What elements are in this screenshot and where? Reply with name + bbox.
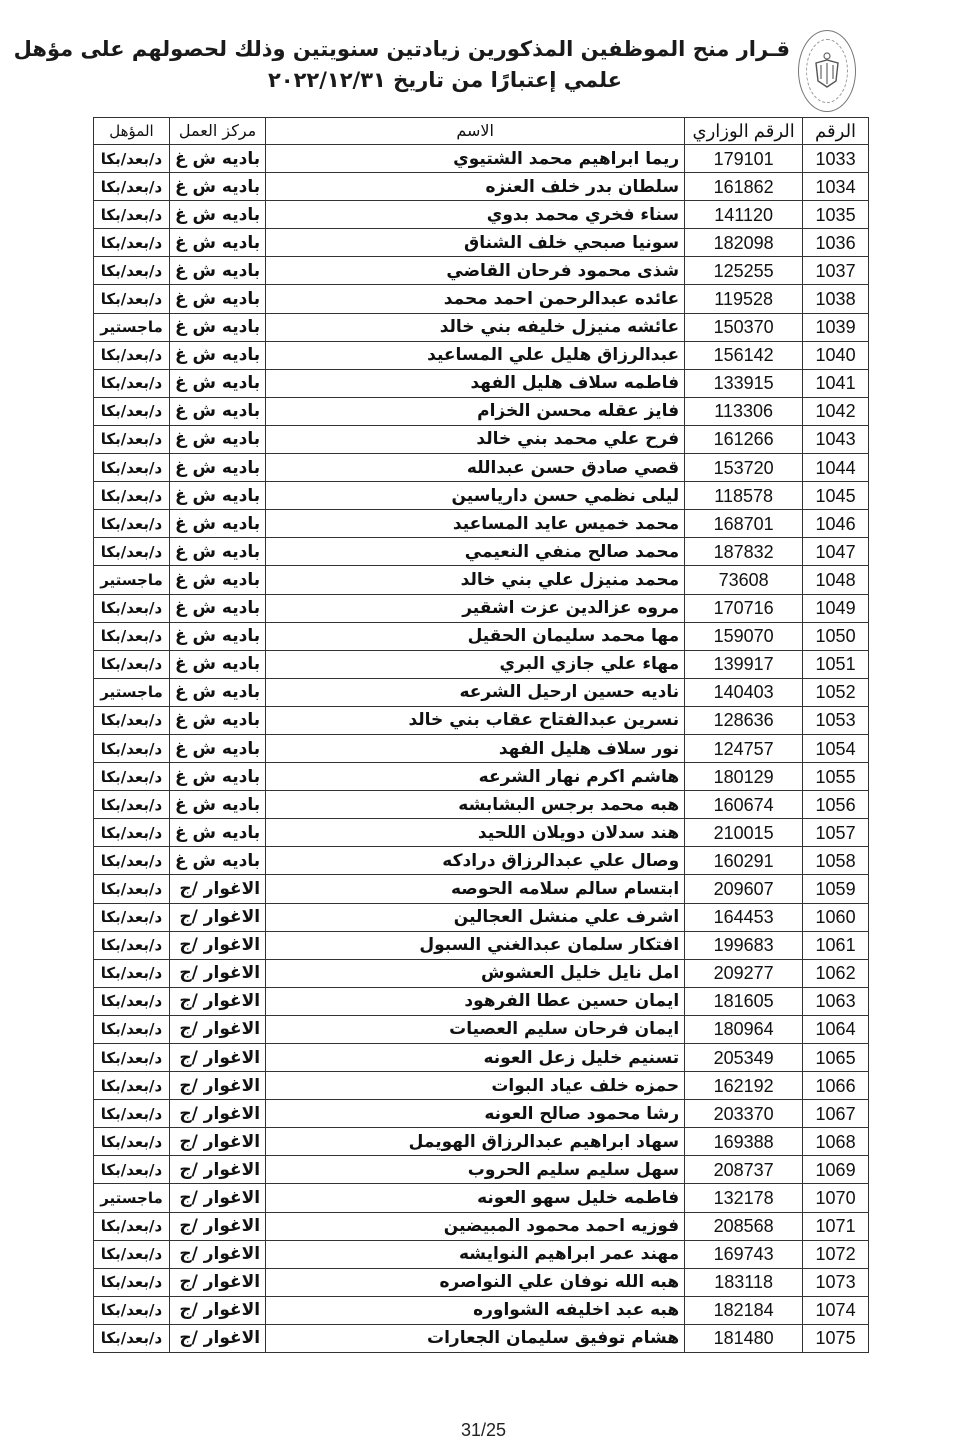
cell-name: عائشه منيزل خليفه بني خالد xyxy=(266,313,685,341)
cell-name: ايمان فرحان سليم العصيات xyxy=(266,1015,685,1043)
cell-name: سهل سليم سليم الحروب xyxy=(266,1156,685,1184)
cell-ministry-id: 169743 xyxy=(685,1240,803,1268)
cell-number: 1071 xyxy=(803,1212,869,1240)
table-row: 1070132178فاطمه خليل سهو العونهالاغوار /… xyxy=(94,1184,869,1212)
cell-qualification: د/بعد/بكا xyxy=(94,734,170,762)
cell-qualification: د/بعد/بكا xyxy=(94,397,170,425)
cell-ministry-id: 169388 xyxy=(685,1128,803,1156)
cell-qualification: د/بعد/بكا xyxy=(94,538,170,566)
cell-number: 1054 xyxy=(803,734,869,762)
cell-number: 1042 xyxy=(803,397,869,425)
cell-number: 1067 xyxy=(803,1100,869,1128)
cell-qualification: د/بعد/بكا xyxy=(94,482,170,510)
cell-ministry-id: 153720 xyxy=(685,454,803,482)
cell-number: 1043 xyxy=(803,425,869,453)
cell-name: ناديه حسين ارحيل الشرعه xyxy=(266,678,685,706)
cell-ministry-id: 156142 xyxy=(685,341,803,369)
cell-name: محمد منيزل علي بني خالد xyxy=(266,566,685,594)
cell-qualification: د/بعد/بكا xyxy=(94,1324,170,1352)
column-header-qualification: المؤهل xyxy=(94,118,170,145)
cell-number: 1041 xyxy=(803,369,869,397)
cell-work-center: باديه ش غ xyxy=(170,594,266,622)
table-row: 1068169388سهاد ابراهيم عبدالرزاق الهويمل… xyxy=(94,1128,869,1156)
cell-work-center: الاغوار /ج xyxy=(170,1044,266,1072)
cell-work-center: باديه ش غ xyxy=(170,482,266,510)
column-header-name: الاسم xyxy=(266,118,685,145)
cell-number: 1058 xyxy=(803,847,869,875)
cell-qualification: د/بعد/بكا xyxy=(94,1015,170,1043)
cell-ministry-id: 209277 xyxy=(685,959,803,987)
cell-work-center: باديه ش غ xyxy=(170,341,266,369)
cell-name: هبه محمد برجس البشابشه xyxy=(266,791,685,819)
cell-ministry-id: 203370 xyxy=(685,1100,803,1128)
table-row: 1058160291وصال علي عبدالرزاق درادكهباديه… xyxy=(94,847,869,875)
cell-number: 1060 xyxy=(803,903,869,931)
cell-number: 1059 xyxy=(803,875,869,903)
cell-ministry-id: 161862 xyxy=(685,173,803,201)
table-row: 1043161266فرح علي محمد بني خالدباديه ش غ… xyxy=(94,425,869,453)
cell-name: مهاء علي جازي البري xyxy=(266,650,685,678)
cell-number: 1052 xyxy=(803,678,869,706)
cell-name: فايز عقله محسن الخزام xyxy=(266,397,685,425)
cell-number: 1040 xyxy=(803,341,869,369)
cell-qualification: د/بعد/بكا xyxy=(94,1212,170,1240)
cell-qualification: د/بعد/بكا xyxy=(94,706,170,734)
table-row: 1042113306فايز عقله محسن الخزامباديه ش غ… xyxy=(94,397,869,425)
cell-qualification: د/بعد/بكا xyxy=(94,341,170,369)
table-row: 1045118578ليلى نظمي حسن دارياسينباديه ش … xyxy=(94,482,869,510)
column-header-work-center: مركز العمل xyxy=(170,118,266,145)
table-row: 1035141120سناء فخري محمد بدويباديه ش غد/… xyxy=(94,201,869,229)
cell-number: 1036 xyxy=(803,229,869,257)
cell-work-center: باديه ش غ xyxy=(170,622,266,650)
cell-ministry-id: 180964 xyxy=(685,1015,803,1043)
cell-number: 1049 xyxy=(803,594,869,622)
table-row: 1056160674هبه محمد برجس البشابشهباديه ش … xyxy=(94,791,869,819)
cell-ministry-id: 208737 xyxy=(685,1156,803,1184)
cell-ministry-id: 150370 xyxy=(685,313,803,341)
cell-name: ابتسام سالم سلامه الحوصه xyxy=(266,875,685,903)
cell-name: سونيا صبحي خلف الشناق xyxy=(266,229,685,257)
cell-number: 1053 xyxy=(803,706,869,734)
cell-qualification: د/بعد/بكا xyxy=(94,791,170,819)
cell-work-center: باديه ش غ xyxy=(170,706,266,734)
cell-qualification: د/بعد/بكا xyxy=(94,173,170,201)
cell-qualification: د/بعد/بكا xyxy=(94,931,170,959)
cell-number: 1069 xyxy=(803,1156,869,1184)
table-row: 1057210015هند سدلان دويلان اللحيدباديه ش… xyxy=(94,819,869,847)
cell-number: 1070 xyxy=(803,1184,869,1212)
table-row: 1075181480هشام توفيق سليمان الجعاراتالاغ… xyxy=(94,1324,869,1352)
cell-ministry-id: 168701 xyxy=(685,510,803,538)
cell-number: 1065 xyxy=(803,1044,869,1072)
cell-work-center: الاغوار /ج xyxy=(170,931,266,959)
table-row: 1041133915فاطمه سلاف هليل الفهدباديه ش غ… xyxy=(94,369,869,397)
title-line-2: علمي إعتبارًا من تاريخ ٢٠٢٢/١٢/٣١ xyxy=(100,65,790,96)
cell-number: 1048 xyxy=(803,566,869,594)
cell-work-center: باديه ش غ xyxy=(170,257,266,285)
cell-name: سلطان بدر خلف العنزه xyxy=(266,173,685,201)
cell-number: 1039 xyxy=(803,313,869,341)
table-row: 1064180964ايمان فرحان سليم العصياتالاغوا… xyxy=(94,1015,869,1043)
cell-number: 1062 xyxy=(803,959,869,987)
cell-number: 1050 xyxy=(803,622,869,650)
cell-qualification: د/بعد/بكا xyxy=(94,510,170,538)
cell-number: 1033 xyxy=(803,145,869,173)
cell-name: محمد خميس عايد المساعيد xyxy=(266,510,685,538)
cell-number: 1038 xyxy=(803,285,869,313)
cell-number: 1034 xyxy=(803,173,869,201)
table-row: 1062209277امل نايل خليل العشوشالاغوار /ج… xyxy=(94,959,869,987)
cell-ministry-id: 181480 xyxy=(685,1324,803,1352)
cell-number: 1044 xyxy=(803,454,869,482)
table-row: 1036182098سونيا صبحي خلف الشناقباديه ش غ… xyxy=(94,229,869,257)
cell-qualification: د/بعد/بكا xyxy=(94,622,170,650)
cell-name: هبه الله نوفان علي النواصره xyxy=(266,1268,685,1296)
cell-work-center: الاغوار /ج xyxy=(170,1296,266,1324)
cell-qualification: د/بعد/بكا xyxy=(94,454,170,482)
cell-qualification: د/بعد/بكا xyxy=(94,987,170,1015)
cell-ministry-id: 113306 xyxy=(685,397,803,425)
table-row: 1069208737سهل سليم سليم الحروبالاغوار /ج… xyxy=(94,1156,869,1184)
cell-work-center: الاغوار /ج xyxy=(170,1100,266,1128)
table-row: 1038119528عائده عبدالرحمن احمد محمدباديه… xyxy=(94,285,869,313)
cell-name: هبه عبد اخليفه الشواوره xyxy=(266,1296,685,1324)
cell-ministry-id: 209607 xyxy=(685,875,803,903)
cell-ministry-id: 205349 xyxy=(685,1044,803,1072)
table-header-row: الرقم الرقم الوزاري الاسم مركز العمل الم… xyxy=(94,118,869,145)
table-row: 1063181605ايمان حسين عطا الفرهودالاغوار … xyxy=(94,987,869,1015)
cell-ministry-id: 118578 xyxy=(685,482,803,510)
cell-name: وصال علي عبدالرزاق درادكه xyxy=(266,847,685,875)
cell-work-center: باديه ش غ xyxy=(170,285,266,313)
table-row: 1055180129هاشم اكرم نهار الشرعهباديه ش غ… xyxy=(94,763,869,791)
table-row: 1052140403ناديه حسين ارحيل الشرعهباديه ش… xyxy=(94,678,869,706)
cell-qualification: د/بعد/بكا xyxy=(94,1296,170,1324)
cell-ministry-id: 139917 xyxy=(685,650,803,678)
cell-qualification: د/بعد/بكا xyxy=(94,959,170,987)
cell-name: نسرين عبدالفتاح عقاب بني خالد xyxy=(266,706,685,734)
cell-qualification: د/بعد/بكا xyxy=(94,1044,170,1072)
cell-name: مهند عمر ابراهيم النوايشه xyxy=(266,1240,685,1268)
table-row: 1047187832محمد صالح منفي النعيميباديه ش … xyxy=(94,538,869,566)
cell-work-center: الاغوار /ج xyxy=(170,1268,266,1296)
table-row: 1072169743مهند عمر ابراهيم النوايشهالاغو… xyxy=(94,1240,869,1268)
cell-number: 1047 xyxy=(803,538,869,566)
table-row: 1060164453اشرف علي منشل العجالينالاغوار … xyxy=(94,903,869,931)
cell-work-center: باديه ش غ xyxy=(170,145,266,173)
table-row: 1037125255شذى محمود فرحان القاضيباديه ش … xyxy=(94,257,869,285)
cell-ministry-id: 125255 xyxy=(685,257,803,285)
table-row: 1046168701محمد خميس عايد المساعيدباديه ش… xyxy=(94,510,869,538)
cell-number: 1051 xyxy=(803,650,869,678)
cell-work-center: باديه ش غ xyxy=(170,566,266,594)
table-row: 1040156142عبدالرزاق هليل علي المساعيدباد… xyxy=(94,341,869,369)
cell-number: 1075 xyxy=(803,1324,869,1352)
cell-ministry-id: 183118 xyxy=(685,1268,803,1296)
cell-name: هاشم اكرم نهار الشرعه xyxy=(266,763,685,791)
cell-name: فاطمه خليل سهو العونه xyxy=(266,1184,685,1212)
cell-qualification: د/بعد/بكا xyxy=(94,1128,170,1156)
cell-work-center: باديه ش غ xyxy=(170,510,266,538)
cell-name: مروه عزالدين عزت اشقير xyxy=(266,594,685,622)
employees-table: الرقم الرقم الوزاري الاسم مركز العمل الم… xyxy=(93,117,869,1353)
cell-work-center: باديه ش غ xyxy=(170,819,266,847)
cell-work-center: الاغوار /ج xyxy=(170,1156,266,1184)
cell-number: 1057 xyxy=(803,819,869,847)
cell-qualification: د/بعد/بكا xyxy=(94,425,170,453)
cell-work-center: الاغوار /ج xyxy=(170,1240,266,1268)
cell-work-center: الاغوار /ج xyxy=(170,903,266,931)
cell-name: افتكار سلمان عبدالغني السبول xyxy=(266,931,685,959)
table-row: 1054124757نور سلاف هليل الفهدباديه ش غد/… xyxy=(94,734,869,762)
cell-work-center: الاغوار /ج xyxy=(170,1128,266,1156)
cell-name: ليلى نظمي حسن دارياسين xyxy=(266,482,685,510)
cell-qualification: د/بعد/بكا xyxy=(94,145,170,173)
cell-ministry-id: 133915 xyxy=(685,369,803,397)
table-row: 1050159070مها محمد سليمان الحقيلباديه ش … xyxy=(94,622,869,650)
table-row: 1065205349تسنيم خليل زعل العونهالاغوار /… xyxy=(94,1044,869,1072)
cell-name: سهاد ابراهيم عبدالرزاق الهويمل xyxy=(266,1128,685,1156)
cell-ministry-id: 73608 xyxy=(685,566,803,594)
cell-number: 1055 xyxy=(803,763,869,791)
cell-name: عائده عبدالرحمن احمد محمد xyxy=(266,285,685,313)
cell-number: 1073 xyxy=(803,1268,869,1296)
cell-ministry-id: 160291 xyxy=(685,847,803,875)
cell-work-center: الاغوار /ج xyxy=(170,959,266,987)
cell-ministry-id: 141120 xyxy=(685,201,803,229)
cell-name: فاطمه سلاف هليل الفهد xyxy=(266,369,685,397)
cell-ministry-id: 208568 xyxy=(685,1212,803,1240)
cell-work-center: باديه ش غ xyxy=(170,229,266,257)
cell-name: مها محمد سليمان الحقيل xyxy=(266,622,685,650)
cell-name: محمد صالح منفي النعيمي xyxy=(266,538,685,566)
cell-qualification: د/بعد/بكا xyxy=(94,201,170,229)
cell-qualification: د/بعد/بكا xyxy=(94,257,170,285)
cell-ministry-id: 159070 xyxy=(685,622,803,650)
title-line-1: قـرار منح الموظفين المذكورين زيادتين سنو… xyxy=(100,34,790,65)
column-header-number: الرقم xyxy=(803,118,869,145)
cell-ministry-id: 140403 xyxy=(685,678,803,706)
table-row: 104873608محمد منيزل علي بني خالدباديه ش … xyxy=(94,566,869,594)
cell-work-center: باديه ش غ xyxy=(170,201,266,229)
cell-number: 1074 xyxy=(803,1296,869,1324)
cell-number: 1063 xyxy=(803,987,869,1015)
cell-name: ريما ابراهيم محمد الشتيوي xyxy=(266,145,685,173)
table-row: 1039150370عائشه منيزل خليفه بني خالدبادي… xyxy=(94,313,869,341)
cell-qualification: د/بعد/بكا xyxy=(94,594,170,622)
table-row: 1049170716مروه عزالدين عزت اشقيرباديه ش … xyxy=(94,594,869,622)
cell-ministry-id: 181605 xyxy=(685,987,803,1015)
table-body: 1033179101ريما ابراهيم محمد الشتيويباديه… xyxy=(94,145,869,1353)
cell-qualification: د/بعد/بكا xyxy=(94,1072,170,1100)
page-number: 31/25 xyxy=(0,1420,967,1441)
table-row: 1074182184هبه عبد اخليفه الشواورهالاغوار… xyxy=(94,1296,869,1324)
cell-number: 1056 xyxy=(803,791,869,819)
cell-number: 1068 xyxy=(803,1128,869,1156)
cell-ministry-id: 124757 xyxy=(685,734,803,762)
crown-eagle-icon xyxy=(812,51,842,91)
cell-ministry-id: 199683 xyxy=(685,931,803,959)
cell-name: امل نايل خليل العشوش xyxy=(266,959,685,987)
cell-qualification: د/بعد/بكا xyxy=(94,903,170,931)
cell-work-center: باديه ش غ xyxy=(170,454,266,482)
cell-number: 1064 xyxy=(803,1015,869,1043)
cell-work-center: باديه ش غ xyxy=(170,538,266,566)
cell-qualification: ماجستير xyxy=(94,313,170,341)
cell-name: قصي صادق حسن عبدالله xyxy=(266,454,685,482)
cell-ministry-id: 119528 xyxy=(685,285,803,313)
cell-work-center: باديه ش غ xyxy=(170,650,266,678)
cell-work-center: الاغوار /ج xyxy=(170,1324,266,1352)
cell-name: عبدالرزاق هليل علي المساعيد xyxy=(266,341,685,369)
table-row: 1044153720قصي صادق حسن عبداللهباديه ش غد… xyxy=(94,454,869,482)
cell-work-center: باديه ش غ xyxy=(170,313,266,341)
cell-work-center: باديه ش غ xyxy=(170,397,266,425)
cell-work-center: الاغوار /ج xyxy=(170,1212,266,1240)
cell-name: تسنيم خليل زعل العونه xyxy=(266,1044,685,1072)
cell-number: 1066 xyxy=(803,1072,869,1100)
cell-number: 1037 xyxy=(803,257,869,285)
cell-qualification: د/بعد/بكا xyxy=(94,229,170,257)
cell-name: ايمان حسين عطا الفرهود xyxy=(266,987,685,1015)
table-row: 1066162192حمزه خلف عياد البواتالاغوار /ج… xyxy=(94,1072,869,1100)
cell-number: 1072 xyxy=(803,1240,869,1268)
cell-work-center: باديه ش غ xyxy=(170,734,266,762)
cell-number: 1046 xyxy=(803,510,869,538)
cell-work-center: الاغوار /ج xyxy=(170,1072,266,1100)
cell-ministry-id: 128636 xyxy=(685,706,803,734)
cell-name: فوزيه احمد محمود المبيضين xyxy=(266,1212,685,1240)
cell-work-center: الاغوار /ج xyxy=(170,1184,266,1212)
ministry-emblem-icon xyxy=(798,30,856,112)
cell-qualification: ماجستير xyxy=(94,566,170,594)
table-row: 1033179101ريما ابراهيم محمد الشتيويباديه… xyxy=(94,145,869,173)
cell-name: رشا محمود صالح العونه xyxy=(266,1100,685,1128)
document-title: قـرار منح الموظفين المذكورين زيادتين سنو… xyxy=(100,34,790,96)
cell-ministry-id: 170716 xyxy=(685,594,803,622)
cell-qualification: د/بعد/بكا xyxy=(94,285,170,313)
cell-number: 1045 xyxy=(803,482,869,510)
table-row: 1053128636نسرين عبدالفتاح عقاب بني خالدب… xyxy=(94,706,869,734)
cell-work-center: باديه ش غ xyxy=(170,791,266,819)
cell-name: اشرف علي منشل العجالين xyxy=(266,903,685,931)
cell-ministry-id: 162192 xyxy=(685,1072,803,1100)
cell-work-center: الاغوار /ج xyxy=(170,875,266,903)
table-row: 1067203370رشا محمود صالح العونهالاغوار /… xyxy=(94,1100,869,1128)
table-row: 1073183118هبه الله نوفان علي النواصرهالا… xyxy=(94,1268,869,1296)
cell-name: نور سلاف هليل الفهد xyxy=(266,734,685,762)
cell-ministry-id: 180129 xyxy=(685,763,803,791)
cell-qualification: د/بعد/بكا xyxy=(94,1240,170,1268)
cell-ministry-id: 132178 xyxy=(685,1184,803,1212)
cell-ministry-id: 179101 xyxy=(685,145,803,173)
cell-ministry-id: 161266 xyxy=(685,425,803,453)
cell-qualification: د/بعد/بكا xyxy=(94,1100,170,1128)
table-row: 1059209607ابتسام سالم سلامه الحوصهالاغوا… xyxy=(94,875,869,903)
cell-ministry-id: 182098 xyxy=(685,229,803,257)
cell-name: شذى محمود فرحان القاضي xyxy=(266,257,685,285)
cell-work-center: الاغوار /ج xyxy=(170,1015,266,1043)
cell-ministry-id: 210015 xyxy=(685,819,803,847)
cell-ministry-id: 187832 xyxy=(685,538,803,566)
cell-work-center: باديه ش غ xyxy=(170,763,266,791)
table-row: 1051139917مهاء علي جازي البريباديه ش غد/… xyxy=(94,650,869,678)
cell-qualification: د/بعد/بكا xyxy=(94,1268,170,1296)
table-row: 1071208568فوزيه احمد محمود المبيضينالاغو… xyxy=(94,1212,869,1240)
table-row: 1034161862سلطان بدر خلف العنزهباديه ش غد… xyxy=(94,173,869,201)
table-row: 1061199683افتكار سلمان عبدالغني السبولال… xyxy=(94,931,869,959)
cell-qualification: د/بعد/بكا xyxy=(94,875,170,903)
cell-number: 1061 xyxy=(803,931,869,959)
column-header-ministry-id: الرقم الوزاري xyxy=(685,118,803,145)
cell-qualification: د/بعد/بكا xyxy=(94,650,170,678)
cell-name: هشام توفيق سليمان الجعارات xyxy=(266,1324,685,1352)
cell-qualification: د/بعد/بكا xyxy=(94,763,170,791)
cell-work-center: باديه ش غ xyxy=(170,369,266,397)
cell-work-center: باديه ش غ xyxy=(170,678,266,706)
cell-qualification: ماجستير xyxy=(94,678,170,706)
cell-ministry-id: 164453 xyxy=(685,903,803,931)
cell-qualification: د/بعد/بكا xyxy=(94,819,170,847)
cell-name: حمزه خلف عياد البوات xyxy=(266,1072,685,1100)
cell-number: 1035 xyxy=(803,201,869,229)
cell-qualification: ماجستير xyxy=(94,1184,170,1212)
cell-name: فرح علي محمد بني خالد xyxy=(266,425,685,453)
cell-ministry-id: 160674 xyxy=(685,791,803,819)
cell-name: هند سدلان دويلان اللحيد xyxy=(266,819,685,847)
cell-ministry-id: 182184 xyxy=(685,1296,803,1324)
cell-work-center: باديه ش غ xyxy=(170,847,266,875)
cell-qualification: د/بعد/بكا xyxy=(94,1156,170,1184)
cell-name: سناء فخري محمد بدوي xyxy=(266,201,685,229)
cell-qualification: د/بعد/بكا xyxy=(94,847,170,875)
cell-work-center: باديه ش غ xyxy=(170,173,266,201)
cell-work-center: باديه ش غ xyxy=(170,425,266,453)
cell-qualification: د/بعد/بكا xyxy=(94,369,170,397)
cell-work-center: الاغوار /ج xyxy=(170,987,266,1015)
